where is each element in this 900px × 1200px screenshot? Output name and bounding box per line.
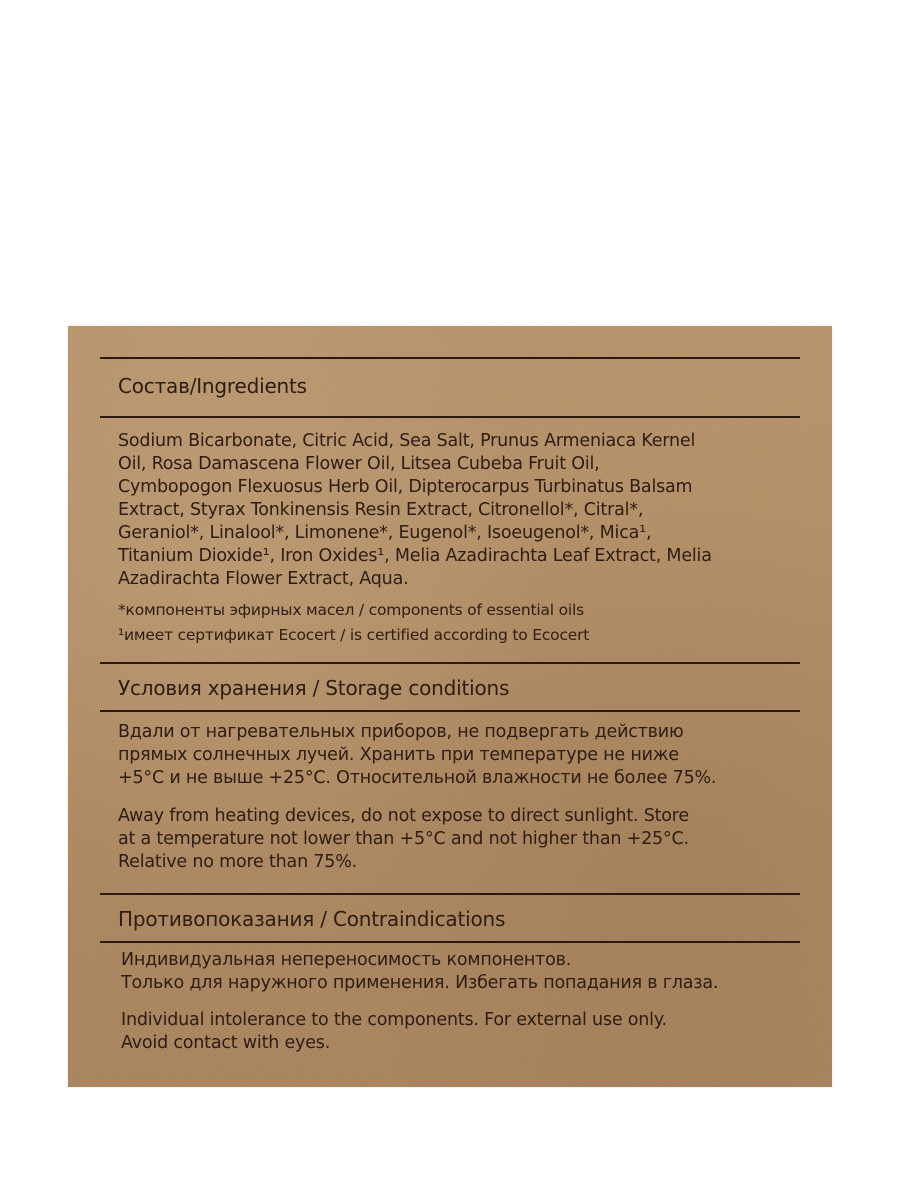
divider-rule (100, 357, 800, 359)
divider-rule (100, 941, 800, 943)
ingredients-heading: Состав/Ingredients (118, 374, 796, 398)
contraindications-heading: Противопоказания / Contraindications (118, 907, 796, 931)
divider-rule (100, 416, 800, 418)
divider-rule (100, 893, 800, 895)
divider-rule (100, 710, 800, 712)
footnote-essential-oils: *компоненты эфирных масел / components o… (118, 598, 796, 622)
contraindications-text-en: Individual intolerance to the components… (121, 1009, 796, 1055)
storage-text-ru: Вдали от нагревательных приборов, не под… (118, 721, 796, 790)
contraindications-text-ru: Индивидуальная непереносимость компонент… (121, 949, 796, 995)
storage-text-en: Away from heating devices, do not expose… (118, 805, 796, 874)
storage-heading: Условия хранения / Storage conditions (118, 676, 796, 700)
product-label-card: Состав/Ingredients Sodium Bicarbonate, C… (68, 326, 832, 1087)
footnote-ecocert: ¹имеет сертификат Ecocert / is certified… (118, 623, 796, 647)
ingredients-list: Sodium Bicarbonate, Citric Acid, Sea Sal… (118, 430, 796, 591)
divider-rule (100, 662, 800, 664)
